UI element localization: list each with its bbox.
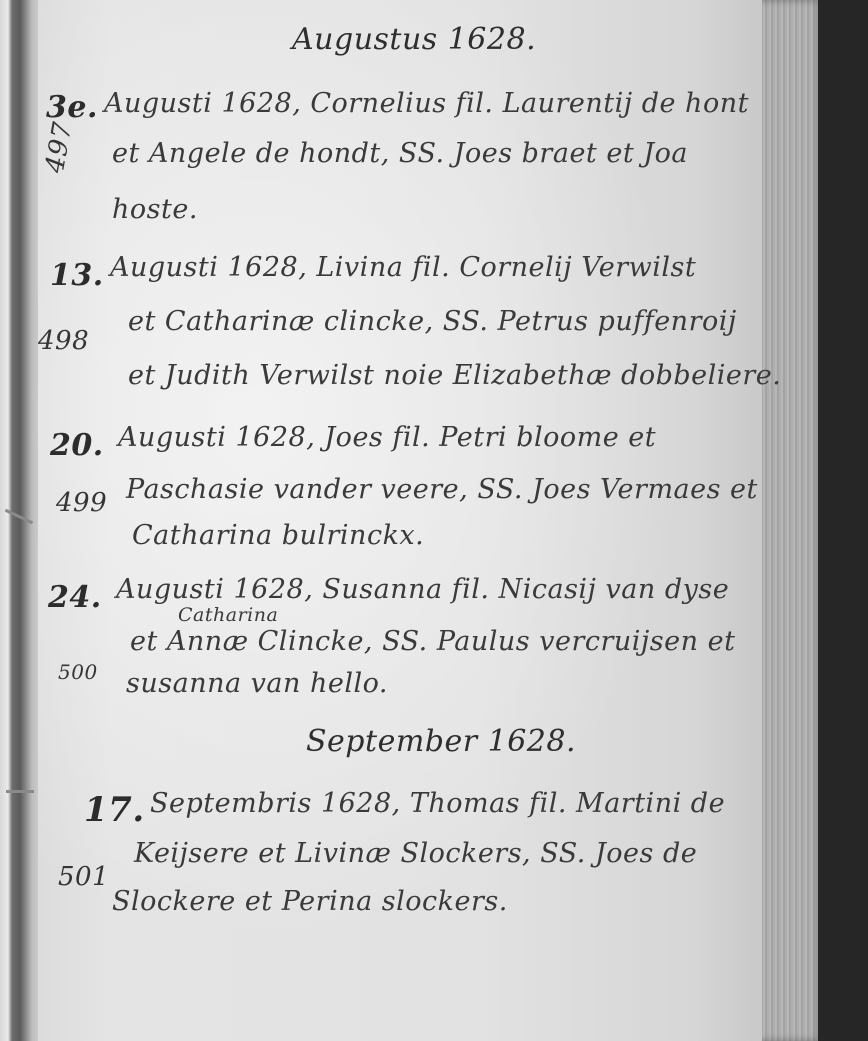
entry-line: et Angele de hondt, SS. Joes braet et Jo… (112, 138, 688, 169)
entry-line: Keijsere et Livinæ Slockers, SS. Joes de (134, 838, 697, 869)
entry-line: Augusti 1628, Susanna fil. Nicasij van d… (116, 574, 729, 605)
entry-day: 20. (50, 428, 104, 463)
dark-background (818, 0, 868, 1041)
heading-august: Augustus 1628. (292, 22, 536, 57)
entry-line: hoste. (112, 194, 198, 225)
margin-number: 501 (58, 862, 109, 892)
binding-thread (6, 790, 34, 793)
entry-line: Catharina bulrinckx. (132, 520, 424, 551)
entry-line: Augusti 1628, Joes fil. Petri bloome et (118, 422, 656, 453)
entry-line: et Catharinæ clincke, SS. Petrus puffenr… (128, 306, 737, 337)
margin-number: 498 (38, 326, 89, 356)
entry-line: Slockere et Perina slockers. (112, 886, 508, 917)
entry-line: et Annæ Clincke, SS. Paulus vercruijsen … (130, 626, 735, 657)
heading-september: September 1628. (306, 724, 576, 759)
margin-number: 500 (58, 660, 98, 684)
inserted-correction: Catharina (178, 604, 278, 626)
entry-line: Augusti 1628, Cornelius fil. Laurentij d… (104, 88, 749, 119)
entry-line: susanna van hello. (126, 668, 388, 699)
left-binding-gutter (0, 0, 40, 1041)
page-fore-edge (762, 0, 824, 1041)
margin-number: 499 (56, 488, 107, 518)
entry-line: Paschasie vander veere, SS. Joes Vermaes… (126, 474, 758, 505)
entry-day: 13. (50, 258, 104, 293)
entry-line: et Judith Verwilst noie Elizabethæ dobbe… (128, 360, 781, 391)
entry-line: Septembris 1628, Thomas fil. Martini de (150, 788, 725, 819)
entry-day: 24. (48, 580, 102, 615)
entry-day: 17. (84, 790, 145, 830)
entry-line: Augusti 1628, Livina fil. Cornelij Verwi… (110, 252, 696, 283)
